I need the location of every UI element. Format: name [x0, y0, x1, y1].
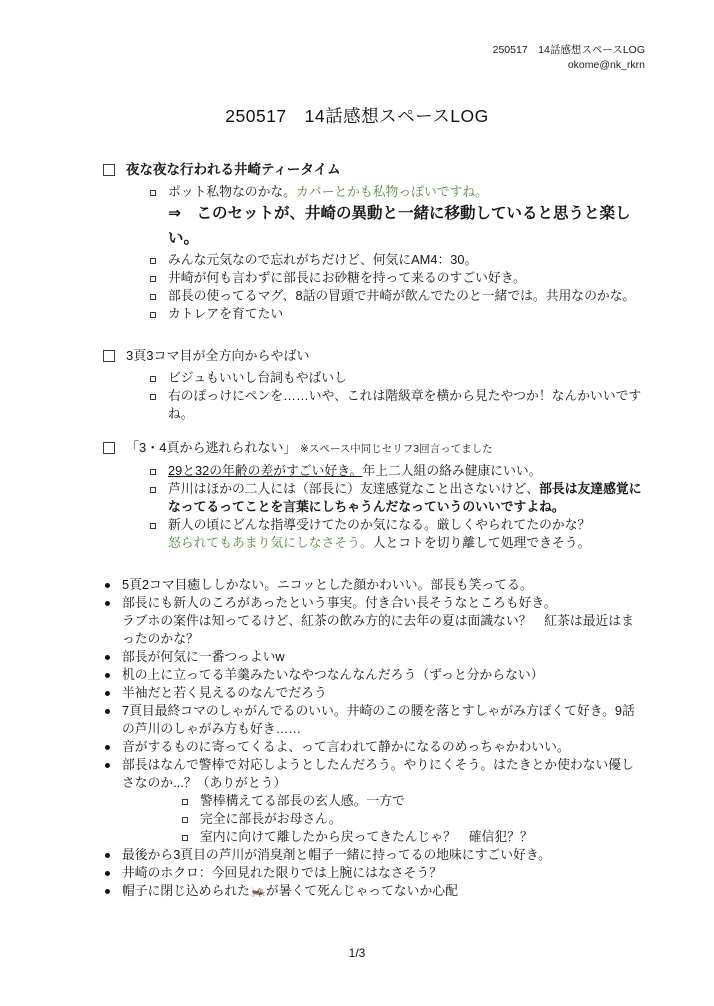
list-item: 音がするものに寄ってくるよ、って言われて静かになるのめっちゃかわいい。: [90, 738, 646, 756]
text-run: 7頁目最終コマのしゃがんでるのいい。井崎のこの腰を落とすしゃがみ方ぽくて好き。9…: [122, 703, 635, 736]
sub-bullet-list: 29と32の年齢の差がすごい好き。年上二人組の絡み健康にいい。 芦川はほかの二人…: [90, 462, 646, 552]
text-run-green: 怒られてもあまり気にしなさそう。: [168, 535, 373, 550]
text-run: 最後から3頁目の芦川が消臭剤と帽子一緒に持ってるの地味にすごい好き。: [122, 847, 551, 862]
text-run: 5頁2コマ目癒ししかない。ニコッとした顔かわいい。部長も笑ってる。: [122, 577, 533, 592]
list-item: 最後から3頁目の芦川が消臭剤と帽子一緒に持ってるの地味にすごい好き。: [90, 846, 646, 864]
list-item: 井崎のホクロ：今回見れた限りでは上腕にはなさそう？: [90, 864, 646, 882]
document-body: 夜な夜な行われる井崎ティータイム ポット私物なのかな。カバーとかも私物っぽいです…: [90, 161, 646, 900]
section-heading: 「3・4頁から逃れられない」 ※スペース中同じセリフ3回言ってました: [90, 439, 646, 458]
list-item: 7頁目最終コマのしゃがんでるのいい。井崎のこの腰を落とすしゃがみ方ぽくて好き。9…: [90, 702, 646, 738]
list-item: 半袖だと若く見えるのなんでだろう: [90, 684, 646, 702]
text-run: ビジュもいいし台詞もやばいし: [168, 370, 347, 385]
running-header-title: 250517 14話感想スペースLOG: [493, 43, 645, 58]
list-item: 5頁2コマ目癒ししかない。ニコッとした顔かわいい。部長も笑ってる。: [90, 576, 646, 594]
list-item: ビジュもいいし台詞もやばいし: [90, 369, 646, 387]
notes-bullet-list: 5頁2コマ目癒ししかない。ニコッとした顔かわいい。部長も笑ってる。 部長にも新人…: [90, 576, 646, 900]
document-page: 250517 14話感想スペースLOG okome@nk_rkrn 250517…: [0, 0, 714, 1006]
checkbox-icon: [103, 164, 115, 176]
text-run: 新人の頃にどんな指導受けてたのか気になる。厳しくやられてたのかな？: [168, 517, 590, 532]
list-item: 完全に部長がお母さん。: [122, 810, 646, 828]
section-panel: 3頁3コマ目が全方向からやばい ビジュもいいし台詞もやばいし 右のぽっけにペンを…: [90, 347, 646, 423]
text-run: カトレアを育てたい: [168, 306, 283, 321]
running-header-handle: okome@nk_rkrn: [493, 58, 645, 73]
section-heading: 夜な夜な行われる井崎ティータイム: [90, 161, 646, 179]
list-item: 部長にも新人のころがあったという事実。付き合い長そうなところも好き。 ラブホの案…: [90, 594, 646, 648]
sub-bullet-list: ビジュもいいし台詞もやばいし 右のぽっけにペンを……いや、これは階級章を横から見…: [90, 369, 646, 423]
arrow-note: ⇒ このセットが、井崎の異動と一緒に移動していると思うと楽しい。: [168, 201, 646, 251]
text-run: 井崎が何も言わずに部長にお砂糖を持って来るのすごい好き。: [168, 270, 526, 285]
list-item: 新人の頃にどんな指導受けてたのか気になる。厳しくやられてたのかな？ 怒られてもあ…: [90, 516, 646, 552]
text-run: 年上二人組の絡み健康にいい。: [362, 463, 541, 478]
list-item: 井崎が何も言わずに部長にお砂糖を持って来るのすごい好き。: [90, 269, 646, 287]
list-item: 警棒構えてる部長の玄人感。一方で: [122, 792, 646, 810]
cricket-emoji: 🦗: [250, 883, 266, 898]
list-item: 部長はなんで警棒で対応しようとしたんだろう。やりにくそう。はたきとか使わない優し…: [90, 756, 646, 846]
list-item: 29と32の年齢の差がすごい好き。年上二人組の絡み健康にいい。: [90, 462, 646, 480]
page-title: 250517 14話感想スペースLOG: [0, 103, 714, 128]
text-run: 井崎のホクロ：今回見れた限りでは上腕にはなさそう？: [122, 865, 442, 880]
section-heading-note: ※スペース中同じセリフ3回言ってました: [300, 443, 493, 455]
text-run-green: カバーとかも私物っぽいですね。: [296, 184, 488, 199]
checkbox-icon: [103, 442, 115, 454]
text-run: 音がするものに寄ってくるよ、って言われて静かになるのめっちゃかわいい。: [122, 739, 570, 754]
running-header: 250517 14話感想スペースLOG okome@nk_rkrn: [493, 43, 645, 73]
section-heading-label: 夜な夜な行われる井崎ティータイム: [126, 162, 341, 177]
text-run: 室内に向けて離したから戻ってきたんじゃ？ 確信犯？？: [200, 829, 533, 844]
list-item: 芦川はほかの二人には（部長に）友達感覚なこと出さないけど、部長は友達感覚になって…: [90, 480, 646, 516]
checkbox-icon: [103, 350, 115, 362]
section-heading-label: 「3・4頁から逃れられない」: [126, 440, 296, 455]
list-item: みんな元気なので忘れがちだけど、何気にAM4：30。: [90, 251, 646, 269]
list-item: 机の上に立ってる羊羹みたいなやつなんなんだろう（ずっと分からない）: [90, 666, 646, 684]
list-item: 室内に向けて離したから戻ってきたんじゃ？ 確信犯？？: [122, 828, 646, 846]
section-quote: 「3・4頁から逃れられない」 ※スペース中同じセリフ3回言ってました 29と32…: [90, 439, 646, 552]
text-run: 芦川はほかの二人には（部長に）友達感覚なこと出さないけど、: [168, 481, 539, 496]
page-number: 1/3: [0, 946, 714, 960]
text-run: 完全に部長がお母さん。: [200, 811, 342, 826]
text-run: 部長はなんで警棒で対応しようとしたんだろう。やりにくそう。はたきとか使わない優し…: [122, 757, 634, 790]
list-item: ポット私物なのかな。カバーとかも私物っぽいですね。 ⇒ このセットが、井崎の異動…: [90, 183, 646, 251]
text-run: 机の上に立ってる羊羹みたいなやつなんなんだろう（ずっと分からない）: [122, 667, 544, 682]
text-run: ポット私物なのかな。: [168, 184, 296, 199]
text-run: 半袖だと若く見えるのなんでだろう: [122, 685, 327, 700]
section-heading-label: 3頁3コマ目が全方向からやばい: [126, 348, 309, 363]
sub-bullet-list: 警棒構えてる部長の玄人感。一方で 完全に部長がお母さん。 室内に向けて離したから…: [122, 792, 646, 846]
list-item: 部長の使ってるマグ、8話の冒頭で井崎が飲んでたのと一緒では。共用なのかな。: [90, 287, 646, 305]
text-run: 帽子に閉じ込められた: [122, 883, 250, 898]
section-heading: 3頁3コマ目が全方向からやばい: [90, 347, 646, 365]
list-item: 帽子に閉じ込められた🦗が暑くて死んじゃってないか心配: [90, 882, 646, 900]
text-run: 部長の使ってるマグ、8話の冒頭で井崎が飲んでたのと一緒では。共用なのかな。: [168, 288, 635, 303]
list-item: 右のぽっけにペンを……いや、これは階級章を横から見たやつか！なんかいいですね。: [90, 387, 646, 423]
sub-bullet-list: ポット私物なのかな。カバーとかも私物っぽいですね。 ⇒ このセットが、井崎の異動…: [90, 183, 646, 323]
text-run: 警棒構えてる部長の玄人感。一方で: [200, 793, 405, 808]
section-teatime: 夜な夜な行われる井崎ティータイム ポット私物なのかな。カバーとかも私物っぽいです…: [90, 161, 646, 323]
text-run: 人とコトを切り離して処理できそう。: [373, 535, 591, 550]
list-item: カトレアを育てたい: [90, 305, 646, 323]
list-item: 部長が何気に一番つっよいw: [90, 648, 646, 666]
text-run: 部長が何気に一番つっよいw: [122, 649, 285, 664]
text-run: が暑くて死んじゃってないか心配: [266, 883, 458, 898]
text-run: 部長にも新人のころがあったという事実。付き合い長そうなところも好き。 ラブホの案…: [122, 595, 634, 646]
text-run: 右のぽっけにペンを……いや、これは階級章を横から見たやつか！なんかいいですね。: [168, 388, 641, 421]
text-run: みんな元気なので忘れがちだけど、何気にAM4：30。: [168, 252, 477, 267]
text-run-underline: 29と32の年齢の差がすごい好き。: [168, 463, 362, 478]
